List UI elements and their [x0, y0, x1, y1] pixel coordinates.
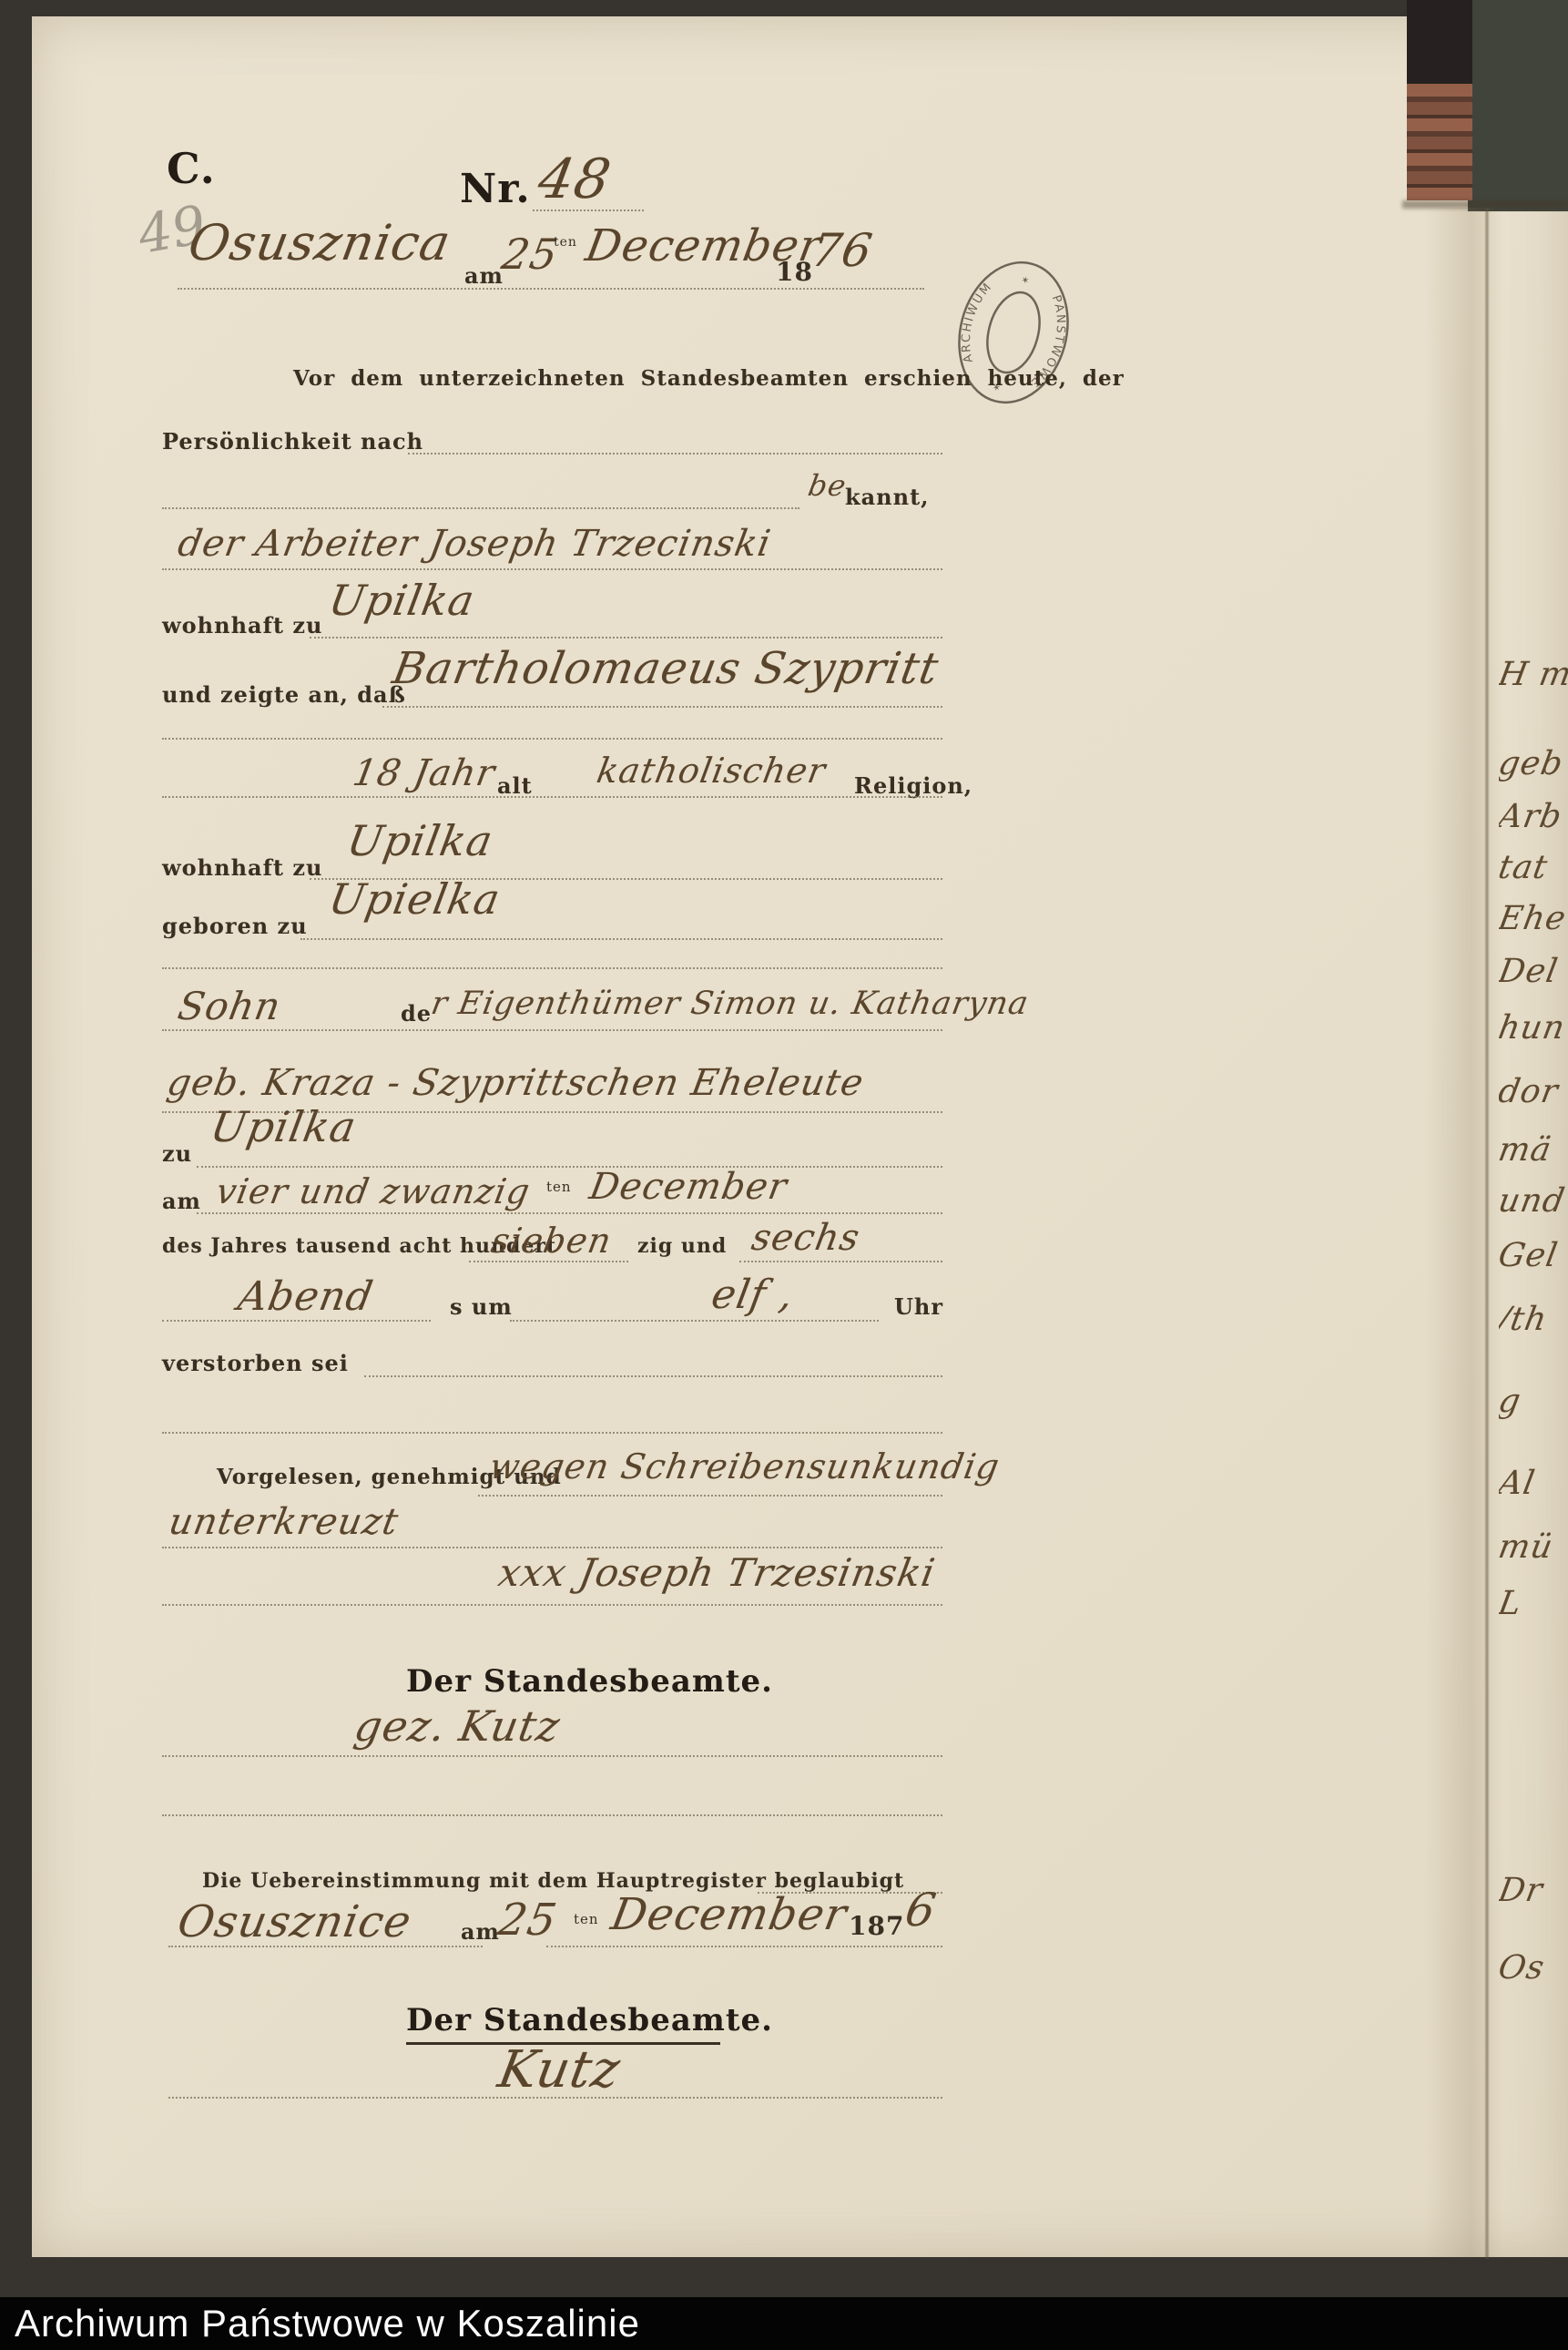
dotted-rule — [478, 1495, 942, 1497]
dotted-rule — [300, 938, 942, 940]
declarant-written: der Arbeiter Joseph Trzecinski — [175, 523, 774, 565]
dotted-rule — [510, 1320, 879, 1322]
adjoining-page-text: H mgebArbtatEheDelhundormäundGel/thgAlmü… — [1499, 0, 1568, 2350]
hour-written: elf , — [708, 1272, 798, 1318]
death-am-label: am — [162, 1188, 201, 1214]
zig-und-label: zig und — [637, 1234, 727, 1258]
deceased-name-written: Bartholomaeus Szypritt — [389, 643, 942, 694]
right-page-fragment: und — [1499, 1182, 1568, 1220]
cert-am-label: am — [461, 1918, 500, 1945]
dotted-rule — [408, 453, 942, 455]
born-label: geboren zu — [162, 913, 308, 939]
cert-day-written: 25 — [494, 1895, 561, 1946]
religion-written: katholischer — [594, 751, 829, 791]
parents-line2-written: geb. Kraza - Szyprittschen Eheleute — [164, 1062, 867, 1104]
right-page-fragment: mä — [1499, 1131, 1554, 1169]
son-printed: de — [401, 1000, 432, 1027]
age-written: 18 Jahr — [350, 752, 499, 794]
intro-line: Vor dem unterzeichneten Standesbeamten e… — [293, 366, 1125, 391]
born-written: Upielka — [325, 874, 504, 924]
death-month-written: December — [586, 1166, 790, 1208]
right-page-fragment: Del — [1499, 953, 1561, 990]
scanned-document: C. 49 Nr. 48 Osusznica am 25 ten Decembe… — [0, 0, 1568, 2350]
time-written: Abend — [235, 1273, 377, 1320]
day-suffix: ten — [554, 235, 577, 250]
dotted-rule — [364, 1375, 942, 1377]
uhr-label: Uhr — [894, 1293, 943, 1320]
right-page-fragment: geb — [1499, 745, 1566, 782]
residence2-written: Upilka — [343, 816, 496, 865]
archive-name-label: Archiwum Państwowe w Koszalinie — [15, 2297, 1568, 2350]
known-written: be — [806, 468, 850, 503]
dotted-rule — [162, 967, 942, 969]
died-label: verstorben sei — [162, 1350, 349, 1376]
cert-registrar-heading: Der Standesbeamte. — [406, 2002, 773, 2038]
dotted-rule — [162, 1755, 942, 1757]
religion-label: Religion, — [854, 772, 972, 799]
age-label: alt — [497, 772, 533, 799]
residence2-label: wohnhaft zu — [162, 854, 322, 881]
identity-label: Persönlichkeit nach — [162, 428, 423, 455]
nr-label: Nr. — [460, 166, 531, 212]
right-page-fragment: Gel — [1499, 1237, 1561, 1274]
son-written: Sohn — [175, 984, 285, 1028]
dotted-rule — [168, 2097, 942, 2099]
dotted-rule — [162, 1604, 942, 1606]
nr-value: 48 — [534, 148, 616, 211]
right-page-fragment: H m — [1499, 656, 1568, 693]
right-page-fragment: dor — [1499, 1073, 1562, 1110]
cert-signature: Kutz — [494, 2040, 625, 2100]
right-page-fragment: g — [1499, 1383, 1524, 1420]
am-label: am — [464, 262, 504, 289]
registrar-heading: Der Standesbeamte. — [406, 1663, 773, 1700]
dotted-rule — [382, 706, 942, 708]
dotted-rule — [533, 209, 644, 211]
right-page-fragment: Dr — [1499, 1872, 1546, 1909]
cert-month-written: December — [607, 1889, 851, 1940]
dotted-rule — [162, 1320, 431, 1322]
right-page-fragment: Os — [1499, 1949, 1548, 1987]
announce-label: und zeigte an, daß — [162, 681, 406, 708]
cert-year-printed: 187 — [849, 1911, 904, 1941]
dotted-rule — [197, 1166, 942, 1168]
dotted-rule — [162, 1814, 942, 1816]
s-um-label: s um — [450, 1293, 513, 1320]
dotted-rule — [168, 1946, 483, 1947]
cert-ten-label: ten — [574, 1911, 599, 1927]
year-ones-written: sechs — [748, 1217, 863, 1259]
closing-written2: unterkreuzt — [166, 1501, 402, 1543]
dotted-rule — [162, 1029, 942, 1031]
dotted-rule — [162, 796, 942, 798]
residence-written: Upilka — [325, 576, 478, 625]
cert-place-written: Osusznice — [174, 1896, 415, 1947]
right-page-fragment: /th — [1499, 1301, 1550, 1338]
declarant-signature: xxx Joseph Trzesinski — [495, 1550, 939, 1595]
dotted-rule — [546, 1946, 942, 1947]
stamp-star-top: ✶ — [1020, 273, 1031, 287]
dotted-rule — [162, 1547, 942, 1548]
dotted-rule — [162, 738, 942, 740]
archive-watermark-bar: Archiwum Państwowe w Koszalinie — [0, 2297, 1568, 2350]
year-written: 76 — [808, 224, 877, 277]
death-day-written: vier und zwanzig — [213, 1171, 534, 1211]
registrar-signature: gez. Kutz — [351, 1701, 564, 1751]
dotted-rule — [469, 1261, 628, 1262]
right-page-fragment: mü — [1499, 1528, 1556, 1566]
dotted-rule — [162, 507, 799, 509]
right-page-fragment: Ehe — [1499, 900, 1568, 937]
known-printed: kannt, — [845, 484, 930, 510]
dotted-rule — [739, 1261, 942, 1262]
right-page-fragment: Arb — [1499, 798, 1565, 835]
residence-label: wohnhaft zu — [162, 612, 322, 639]
death-ten-label: ten — [546, 1179, 572, 1195]
year-tens-written: sieben — [488, 1221, 615, 1261]
dotted-rule — [162, 568, 942, 570]
closing-written: wegen Schreibensunkundig — [486, 1446, 1003, 1487]
day-written: 25 — [498, 230, 562, 279]
right-page-fragment: tat — [1499, 849, 1551, 886]
form-letter: C. — [167, 144, 216, 193]
right-page-fragment: Al — [1499, 1465, 1538, 1502]
parents-written: r Eigenthümer Simon u. Katharyna — [428, 986, 1032, 1022]
dotted-rule — [310, 637, 942, 639]
dotted-rule — [178, 288, 924, 290]
place-written: Osusznica — [184, 214, 455, 271]
right-page-fragment: L — [1499, 1585, 1525, 1622]
dotted-rule — [162, 1432, 942, 1434]
right-page-fragment: hun — [1499, 1009, 1568, 1047]
zu-label: zu — [162, 1140, 192, 1167]
zu-written: Upilka — [207, 1102, 360, 1151]
dotted-rule — [197, 1212, 942, 1214]
